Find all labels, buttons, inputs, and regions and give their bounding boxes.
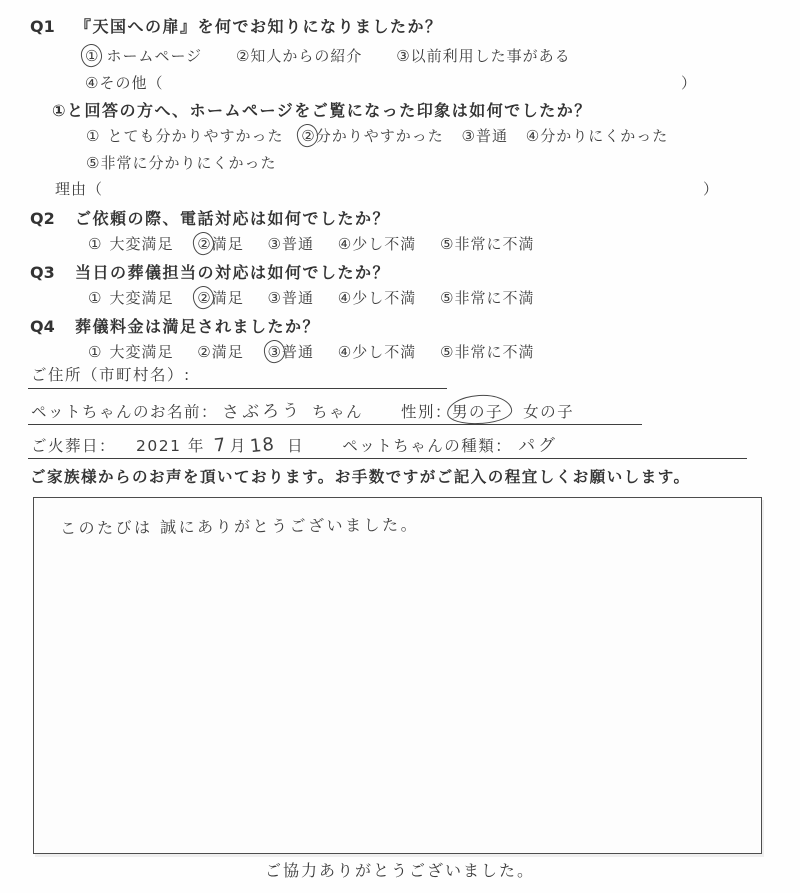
q4-option-2-label: 満足 [212, 343, 244, 361]
q1-sub-option-4: ④分かりにくかった [526, 125, 668, 146]
q2-question: ご依頼の際、電話対応は如何でしたか？ [75, 209, 390, 228]
q1-option-2-label: 知人からの紹介 [250, 47, 362, 65]
q3-options-row: ①大変満足 ②満足 ③普通 ④少し不満 ⑤非常に不満 [88, 287, 534, 308]
q3-option-2-label: 満足 [212, 289, 244, 307]
q2-option-2-circle-mark: ② [197, 235, 211, 253]
q4-option-4-label: 少し不満 [352, 343, 416, 361]
address-field-row: ご住所（市町村名）: [28, 363, 447, 389]
cremation-day-handwritten: 18 [249, 434, 276, 457]
q4-options-row: ①大変満足 ②満足 ③普通 ④少し不満 ⑤非常に不満 [88, 341, 534, 362]
comment-handwritten-text: このたびは 誠にありがとうございました。 [60, 512, 419, 539]
q4-option-5: ⑤非常に不満 [440, 341, 534, 362]
q1-sub-option-3: ③普通 [462, 125, 508, 146]
q1-option-3: ③以前利用した事がある [396, 45, 570, 66]
q1-option-4: ④その他（ [85, 72, 163, 93]
q2-option-1-label: 大変満足 [109, 235, 173, 253]
q3-option-3-num: ③ [268, 289, 282, 307]
survey-form-scan: Q1『天国への扉』を何でお知りになりましたか？ ①ホームページ ②知人からの紹介… [0, 0, 800, 893]
q1-option-3-label: 以前利用した事がある [411, 47, 571, 65]
q4-option-4-num: ④ [338, 343, 352, 361]
q1-sub-options-row2: ⑤非常に分かりにくかった [86, 152, 276, 173]
q2-option-4-num: ④ [338, 235, 352, 253]
q1-sub-option-5: ⑤非常に分かりにくかった [86, 152, 276, 173]
q1-sub-reason-row: 理由（ ） [55, 178, 775, 199]
pet-name-value-handwritten: さぶろう [222, 396, 303, 423]
q2-option-1-num: ① [88, 235, 102, 253]
q1-sub-option-5-num: ⑤ [86, 154, 100, 172]
q2-option-5-label: 非常に不満 [454, 235, 534, 253]
q1-sub-heading: ①と回答の方へ、ホームページをご覧になった印象は如何でしたか？ [52, 98, 592, 121]
q1-other-close-paren: ） [681, 72, 697, 93]
q3-option-2: ②満足 [197, 287, 243, 308]
pet-name-label: ペットちゃんのお名前： [31, 403, 218, 421]
cremation-day-unit: 日 [287, 437, 304, 455]
q1-sub-option-2: ②分かりやすかった [301, 125, 443, 146]
q1-question: 『天国への扉』を何でお知りになりましたか？ [75, 17, 443, 36]
q3-option-5-num: ⑤ [440, 289, 454, 307]
q3-question: 当日の葬儀担当の対応は如何でしたか？ [75, 263, 390, 282]
pet-name-suffix: ちゃん [312, 403, 363, 421]
q4-option-5-num: ⑤ [440, 343, 454, 361]
q3-option-2-circle-mark: ② [197, 289, 211, 307]
q3-label: Q3 [30, 263, 75, 282]
q4-option-3-label: 普通 [282, 343, 314, 361]
q4-option-3: ③普通 [268, 341, 314, 362]
q3-heading: Q3当日の葬儀担当の対応は如何でしたか？ [30, 260, 390, 283]
address-label: ご住所（市町村名）: [31, 366, 191, 384]
q1-sub-options-row1: ①とても分かりやすかった ②分かりやすかった ③普通 ④分かりにくかった [86, 125, 668, 146]
reason-label: 理由（ [55, 180, 103, 198]
q1-sub-option-2-circle-mark: ② [301, 127, 315, 145]
comment-box: このたびは 誠にありがとうございました。 [33, 497, 762, 854]
q3-option-1: ①大変満足 [88, 287, 173, 308]
q2-option-3-num: ③ [268, 235, 282, 253]
q1-sub-option-4-label: 分かりにくかった [540, 127, 668, 145]
q1-sub-option-1: ①とても分かりやすかった [86, 125, 283, 146]
q1-sub-question: ①と回答の方へ、ホームページをご覧になった印象は如何でしたか？ [52, 101, 592, 120]
comment-instruction: ご家族様からのお声を頂いております。お手数ですがご記入の程宜しくお願いします。 [30, 465, 691, 487]
q1-sub-option-3-num: ③ [462, 127, 476, 145]
q1-option-3-num: ③ [396, 47, 410, 65]
q1-option-2-num: ② [236, 47, 250, 65]
q4-option-5-label: 非常に不満 [454, 343, 534, 361]
q1-option-2: ②知人からの紹介 [236, 45, 362, 66]
q1-sub-option-4-num: ④ [526, 127, 540, 145]
q2-option-3: ③普通 [268, 233, 314, 254]
pet-gender-label: 性別： [401, 403, 452, 421]
q4-option-4: ④少し不満 [338, 341, 416, 362]
q1-sub-option-3-label: 普通 [476, 127, 508, 145]
q1-option-1-label: ホームページ [106, 47, 202, 65]
q2-option-4: ④少し不満 [338, 233, 416, 254]
q3-option-1-num: ① [88, 289, 102, 307]
pet-type-label: ペットちゃんの種類： [342, 437, 512, 455]
reason-close-paren: ） [703, 178, 719, 199]
q1-option-4-num: ④ [85, 74, 99, 92]
cremation-month-handwritten: 7 [213, 434, 228, 456]
q2-option-3-label: 普通 [282, 235, 314, 253]
q4-option-2-num: ② [197, 343, 211, 361]
q3-option-3: ③普通 [268, 287, 314, 308]
cremation-year: 2021 [136, 437, 181, 455]
pet-gender-female: 女の子 [523, 403, 574, 421]
q3-option-4-label: 少し不満 [352, 289, 416, 307]
q1-sub-option-5-label: 非常に分かりにくかった [100, 154, 276, 172]
q2-option-2: ②満足 [197, 233, 243, 254]
pet-type-value-handwritten: パグ [518, 430, 559, 456]
q2-heading: Q2ご依頼の際、電話対応は如何でしたか？ [30, 206, 390, 229]
q1-option-4-label: その他（ [99, 74, 163, 92]
q2-options-row: ①大変満足 ②満足 ③普通 ④少し不満 ⑤非常に不満 [88, 233, 534, 254]
q1-sub-option-1-label: とても分かりやすかった [107, 127, 283, 145]
q4-option-2: ②満足 [197, 341, 243, 362]
q4-label: Q4 [30, 317, 75, 336]
cremation-date-label: ご火葬日： [31, 437, 116, 455]
q2-option-1: ①大変満足 [88, 233, 173, 254]
cremation-month-unit: 月 [230, 437, 247, 455]
q4-heading: Q4葬儀料金は満足されましたか？ [30, 314, 320, 337]
q4-option-3-circle-mark: ③ [268, 343, 282, 361]
q4-option-1-label: 大変満足 [109, 343, 173, 361]
q3-option-5-label: 非常に不満 [454, 289, 534, 307]
q2-option-5-num: ⑤ [440, 235, 454, 253]
q3-option-1-label: 大変満足 [109, 289, 173, 307]
q2-option-2-label: 満足 [212, 235, 244, 253]
q1-options-row2: ④その他（ ） [85, 72, 785, 93]
footer-thanks: ご協力ありがとうございました。 [0, 858, 800, 881]
q4-question: 葬儀料金は満足されましたか？ [75, 317, 320, 336]
q1-option-1: ①ホームページ [85, 45, 202, 66]
pet-name-field-row: ペットちゃんのお名前：さぶろうちゃん性別：男の子女の子 [28, 397, 642, 425]
q2-option-4-label: 少し不満 [352, 235, 416, 253]
q1-sub-option-2-label: 分かりやすかった [316, 127, 444, 145]
cremation-year-unit: 年 [188, 437, 205, 455]
cremation-field-row: ご火葬日：2021 年 7月18 日ペットちゃんの種類：パグ [28, 431, 747, 459]
q3-option-3-label: 普通 [282, 289, 314, 307]
q3-option-4-num: ④ [338, 289, 352, 307]
q1-sub-option-1-num: ① [86, 127, 100, 145]
q1-option-1-circle-mark: ① [85, 47, 99, 65]
q1-label: Q1 [30, 17, 75, 36]
q2-label: Q2 [30, 209, 75, 228]
pet-gender-male-circled: 男の子 [452, 400, 503, 422]
q4-option-1: ①大変満足 [88, 341, 173, 362]
q1-options-row1: ①ホームページ ②知人からの紹介 ③以前利用した事がある [85, 45, 571, 66]
q3-option-5: ⑤非常に不満 [440, 287, 534, 308]
q2-option-5: ⑤非常に不満 [440, 233, 534, 254]
q3-option-4: ④少し不満 [338, 287, 416, 308]
q1-heading: Q1『天国への扉』を何でお知りになりましたか？ [30, 14, 443, 37]
q4-option-1-num: ① [88, 343, 102, 361]
